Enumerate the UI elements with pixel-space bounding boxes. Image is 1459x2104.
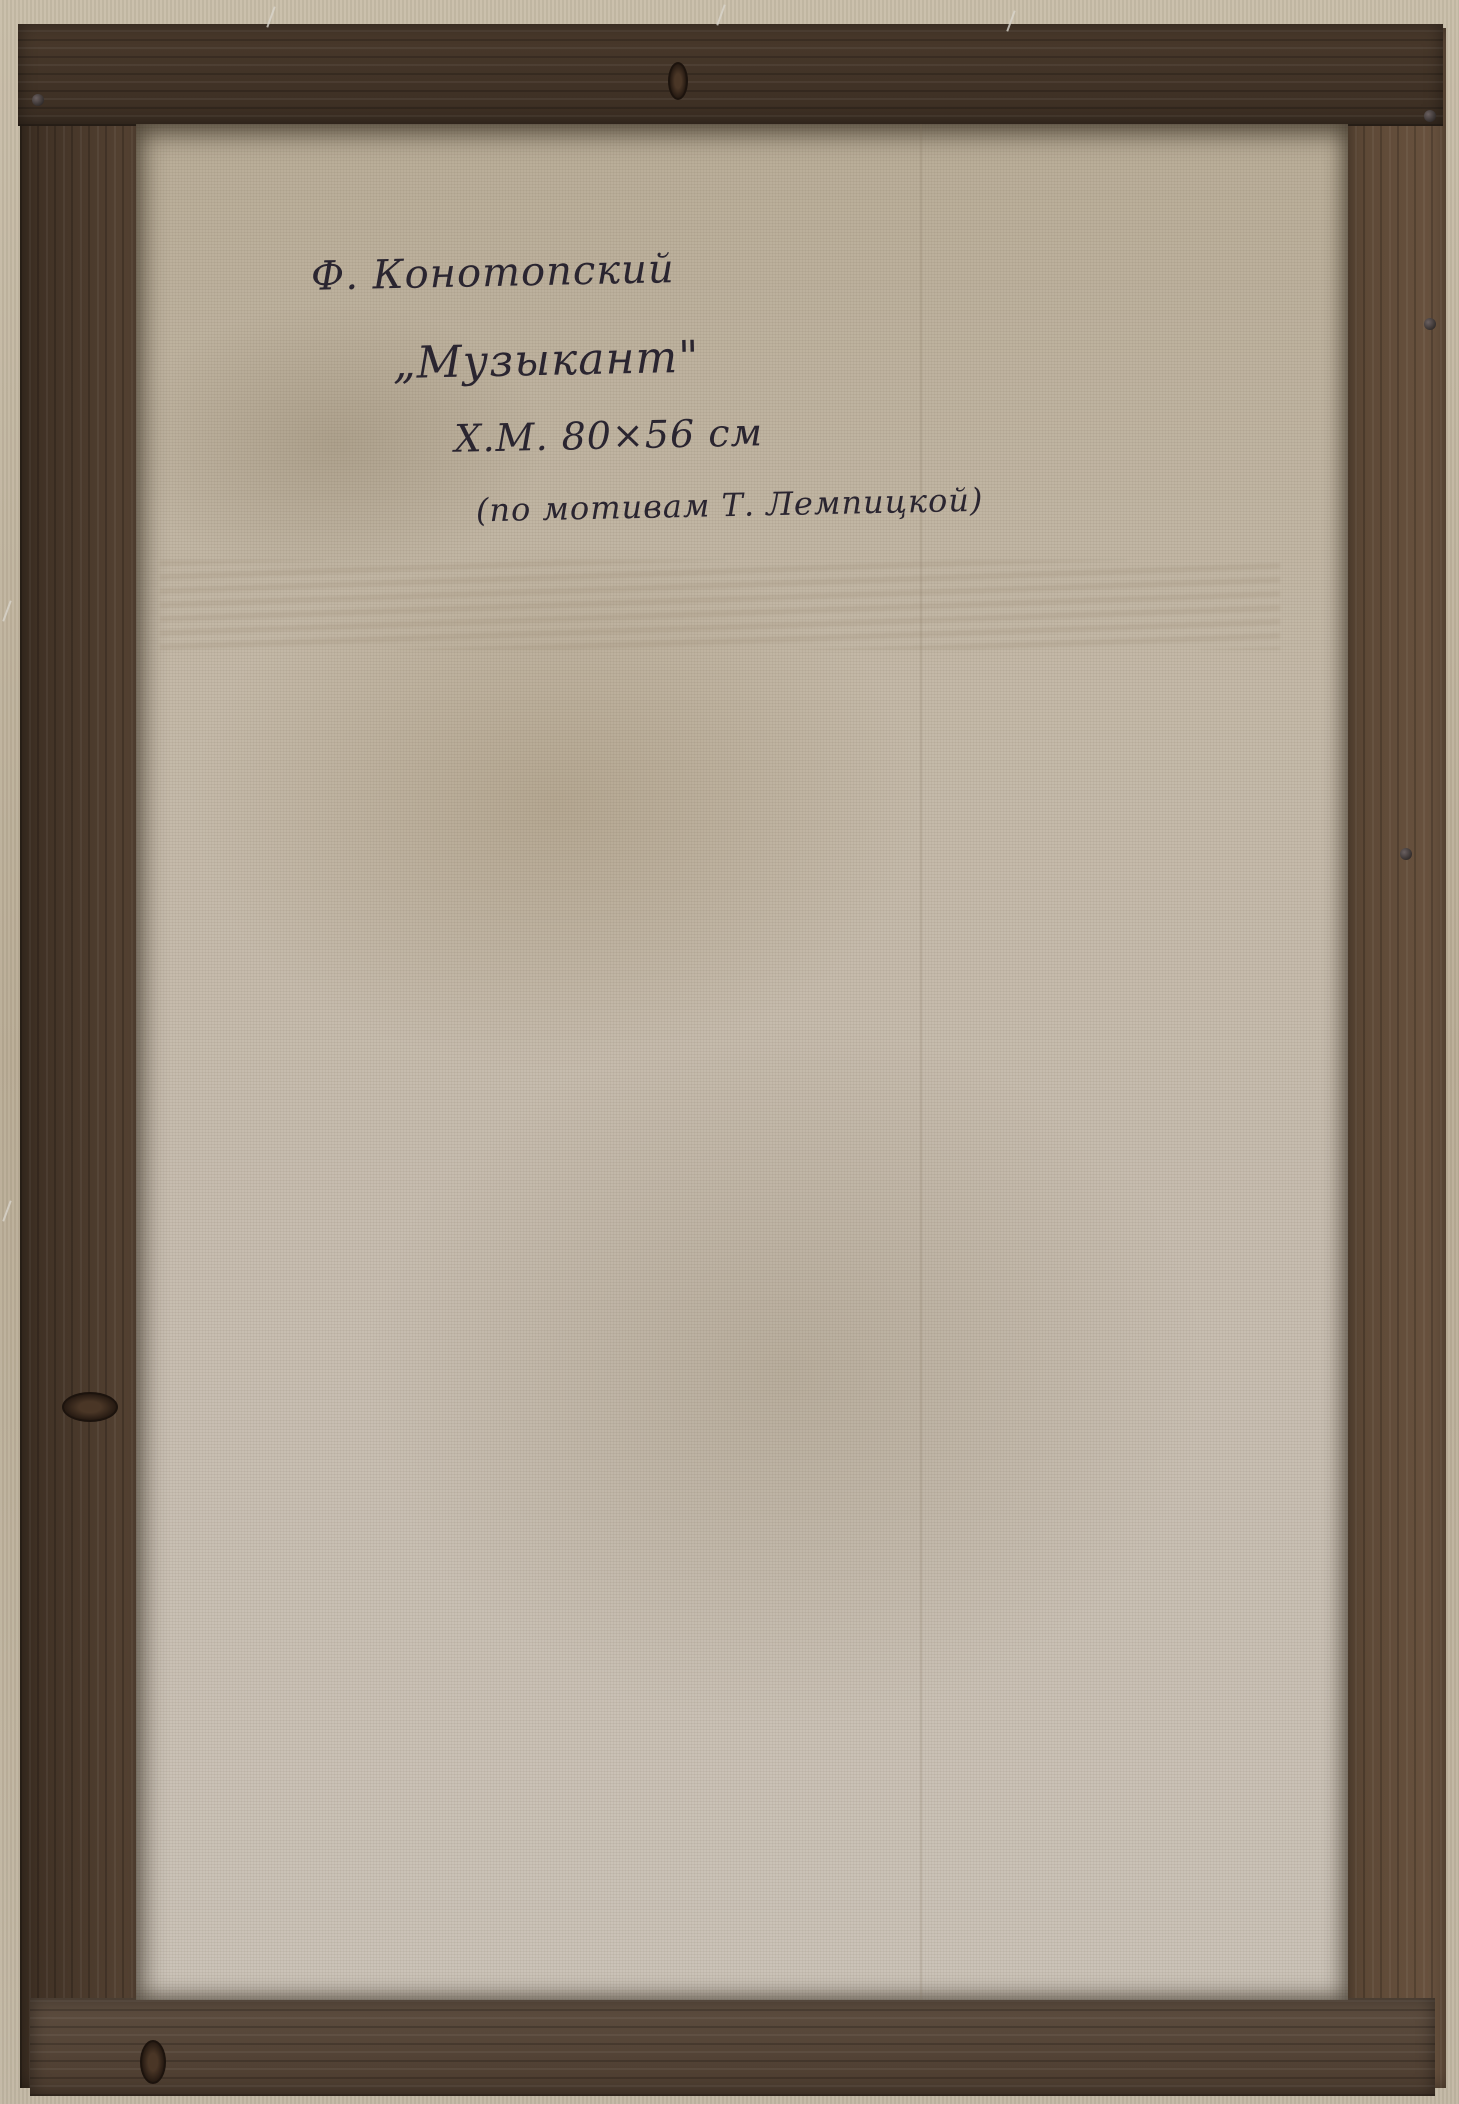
medium-and-dimensions: Х.М. 80×56 см (454, 410, 763, 460)
canvas-back (136, 124, 1348, 2000)
primer-brush-streak (160, 560, 1280, 650)
artwork-title: „Музыкант" (392, 332, 700, 389)
canvas-weave-seam (920, 124, 922, 2000)
stretcher-bar-right (1346, 28, 1446, 2088)
photo-scene: Ф. Конотопский „Музыкант" Х.М. 80×56 см … (0, 0, 1459, 2104)
nail-icon (1400, 848, 1412, 860)
nail-icon (32, 94, 44, 106)
wood-knot-left (62, 1392, 118, 1422)
artist-name: Ф. Конотопский (311, 246, 676, 300)
stretcher-bar-bottom (30, 1998, 1435, 2096)
nail-icon (1424, 318, 1436, 330)
wood-knot-top (668, 62, 688, 100)
stretcher-bar-left (20, 28, 142, 2088)
stretcher-bar-top (18, 24, 1443, 126)
wood-knot-bottom (140, 2040, 166, 2084)
nail-icon (1424, 110, 1436, 122)
